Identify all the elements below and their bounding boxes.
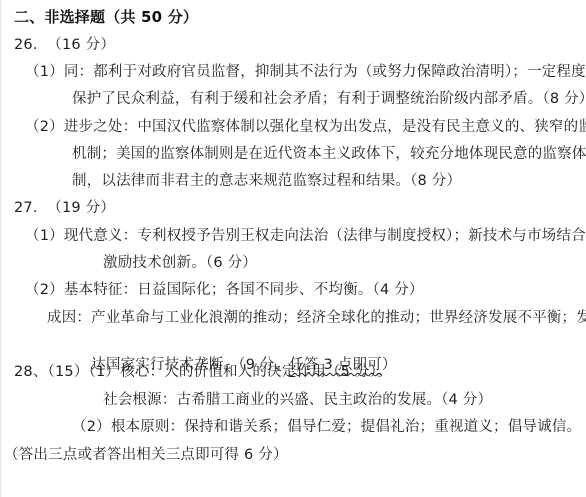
- q26-part1-line1: （1）同：都利于对政府官员监督，抑制其不法行为（或努力保障政治清明）；一定程度上: [25, 62, 586, 82]
- q26-part2-line2: 机制；美国的监察体制则是在近代资本主义政体下，较充分地体现民意的监察体: [72, 144, 586, 164]
- q27-part1-line1: （1）现代意义：专利权授予告别王权走向法治（法律与制度授权）；新技术与市场结合，: [25, 226, 586, 246]
- q27-causes-line1: 成因：产业革命与工业化浪潮的推动；经济全球化的推动；世界经济发展不平衡；发: [47, 308, 586, 328]
- page-edge-line: [0, 0, 1, 497]
- q26-header: 26. （16 分）: [14, 35, 115, 55]
- q28-social-root: 社会根源：古希腊工商业的兴盛、民主政治的发展。（4 分）: [103, 390, 492, 410]
- q26-part2-line1: （2）进步之处：中国汉代监察体制以强化皇权为出发点，是没有民主意义的、狭窄的监督: [25, 117, 586, 137]
- q28-part2: （2）根本原则：保持和谐关系；倡导仁爱；提倡礼治；重视道义；倡导诚信。: [72, 417, 581, 437]
- q26-part2-line3: 制，以法律而非君主的意志来规范监察过程和结果。（8 分）: [72, 171, 461, 191]
- q27-part2-line1: （2）基本特征：日益国际化；各国不同步、不均衡。（4 分）: [25, 280, 424, 300]
- q28-note: （答出三点或者答出相关三点即可得 6 分）: [4, 445, 288, 465]
- q26-part1-line2: 保护了民众利益，有利于缓和社会矛盾；有利于调整统治阶级内部矛盾。（8 分）: [72, 89, 586, 109]
- q28-header-part1: 28、（15）（1）核心：人的价值和人的决定作用（5 分）。: [14, 362, 392, 382]
- q27-part1-line2: 激励技术创新。（6 分）: [103, 253, 257, 273]
- section-heading: 二、非选择题（共 50 分）: [14, 7, 198, 27]
- q27-header: 27. （19 分）: [14, 198, 115, 218]
- answer-key-document: 二、非选择题（共 50 分） 26. （16 分） （1）同：都利于对政府官员监…: [0, 0, 586, 497]
